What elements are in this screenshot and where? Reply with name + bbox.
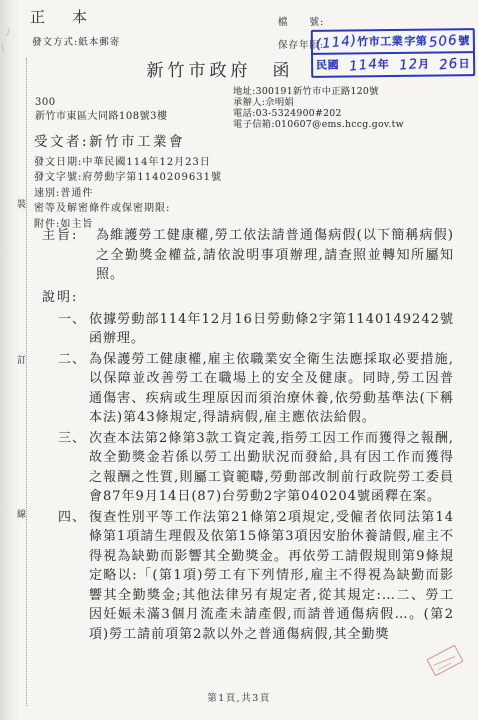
recipient-line: 受文者:新竹市工業會 (34, 130, 185, 150)
page-number-footer: 第1頁,共3頁 (0, 690, 478, 704)
item-text: 復查性別平等工作法第21條第2項規定,受僱者依同法第14條第1項請生理假及依第1… (89, 508, 454, 645)
registration-stamp: (114) 竹市工業 字第 506 號 民國 114 年 12 月 26 日 (311, 28, 475, 78)
agency-contact-block: 地址:300191新竹市中正路120號 承辦人:佘明娟 電話:03-532490… (233, 86, 404, 130)
explanation-section: 說明: 一、 依據勞動部114年12月16日勞動條2字第1140149242號函… (42, 288, 454, 645)
scanned-official-letter: 裝 訂 線 正 本 發文方式:紙本郵寄 檔 號: 保存年限: (114) 竹市工… (0, 0, 478, 720)
binding-marker-ding: 訂 (17, 352, 26, 367)
subject-label: 主旨: (42, 226, 96, 285)
stamp-month-label: 月 (418, 54, 430, 75)
stamp-doc-number-row: (114) 竹市工業 字第 506 號 (313, 30, 473, 55)
item-text: 為保護勞工健康權,雇主依職業安全衛生法應採取必要措施,以保障並改善勞工在職場上的… (89, 350, 454, 428)
contact-phone: 電話:03-5324900#202 (233, 108, 404, 119)
recipient-street: 新竹市東區大同路108號3樓 (35, 110, 167, 124)
item-number: 四、 (58, 508, 89, 645)
document-meta-block: 發文日期:中華民國114年12月23日 發文字號:府勞動字第1140209631… (34, 155, 222, 232)
item-text: 依據勞動部114年12月16日勞動條2字第1140149242號函辦理。 (89, 310, 454, 349)
issue-date: 發文日期:中華民國114年12月23日 (34, 155, 222, 170)
recipient-postal-code: 300 (35, 96, 167, 110)
explanation-item: 一、 依據勞動部114年12月16日勞動條2字第1140149242號函辦理。 (58, 310, 454, 349)
speed-class: 速別:普通件 (34, 186, 222, 201)
pencil-mark (0, 25, 10, 37)
file-number-label: 檔 號: (278, 14, 324, 28)
contact-email: 電子信箱:010607@ems.hccg.gov.tw (233, 119, 404, 130)
pencil-mark (1, 42, 10, 52)
stamp-date-row: 民國 114 年 12 月 26 日 (313, 53, 473, 76)
stamp-number-label: 字第 (404, 31, 427, 52)
delivery-method: 發文方式:紙本郵寄 (32, 34, 120, 48)
item-number: 二、 (58, 350, 89, 428)
stamp-number-suffix: 號 (458, 30, 470, 51)
binding-marker-zhuang: 裝 (17, 196, 26, 211)
subject-text: 為維護勞工健康權,勞工依法請普通傷病假(以下簡稱病假)之全勤獎金權益,請依說明事… (96, 226, 454, 285)
handwritten-doc-number: 506 (428, 30, 459, 54)
explanation-item: 二、 為保護勞工健康權,雇主依職業安全衛生法應採取必要措施,以保障並改善勞工在職… (58, 350, 454, 428)
agency-address: 地址:300191新竹市中正路120號 (233, 86, 404, 97)
item-text: 次查本法第2條第3款工資定義,指勞工因工作而獲得之報酬,故全勤獎金若係以勞工出勤… (89, 429, 454, 507)
item-number: 三、 (58, 429, 89, 507)
stamp-year-label: 年 (378, 54, 390, 75)
security-class: 密等及解密條件或保密期限: (34, 201, 222, 216)
explanation-item: 四、 復查性別平等工作法第21條第2項規定,受僱者依同法第14條第1項請生理假及… (58, 508, 454, 645)
issue-number: 發文字號:府勞動字第1140209631號 (34, 170, 222, 185)
red-receipt-seal (426, 645, 463, 677)
handwritten-year: 114 (348, 54, 379, 78)
contact-person: 承辦人:佘明娟 (233, 97, 404, 108)
handwritten-day: 26 (439, 54, 460, 77)
stamp-unit-name: 竹市工業 (357, 31, 403, 52)
document-title: 新竹市政府 函 (110, 56, 330, 81)
item-number: 一、 (58, 310, 89, 349)
binding-margin-line (26, 58, 27, 706)
subject-section: 主旨: 為維護勞工健康權,勞工依法請普通傷病假(以下簡稱病假)之全勤獎金權益,請… (42, 226, 454, 285)
explanation-item: 三、 次查本法第2條第3款工資定義,指勞工因工作而獲得之報酬,故全勤獎金若係以勞… (58, 429, 454, 507)
stamp-day-label: 日 (459, 53, 471, 74)
handwritten-month: 12 (398, 54, 419, 77)
copy-type-label: 正 本 (30, 6, 93, 27)
handwritten-year-prefix: (114) (315, 31, 358, 56)
binding-marker-xian: 線 (17, 506, 26, 521)
explanation-label: 說明: (42, 288, 454, 308)
recipient-address-block: 300 新竹市東區大同路108號3樓 (35, 96, 167, 123)
